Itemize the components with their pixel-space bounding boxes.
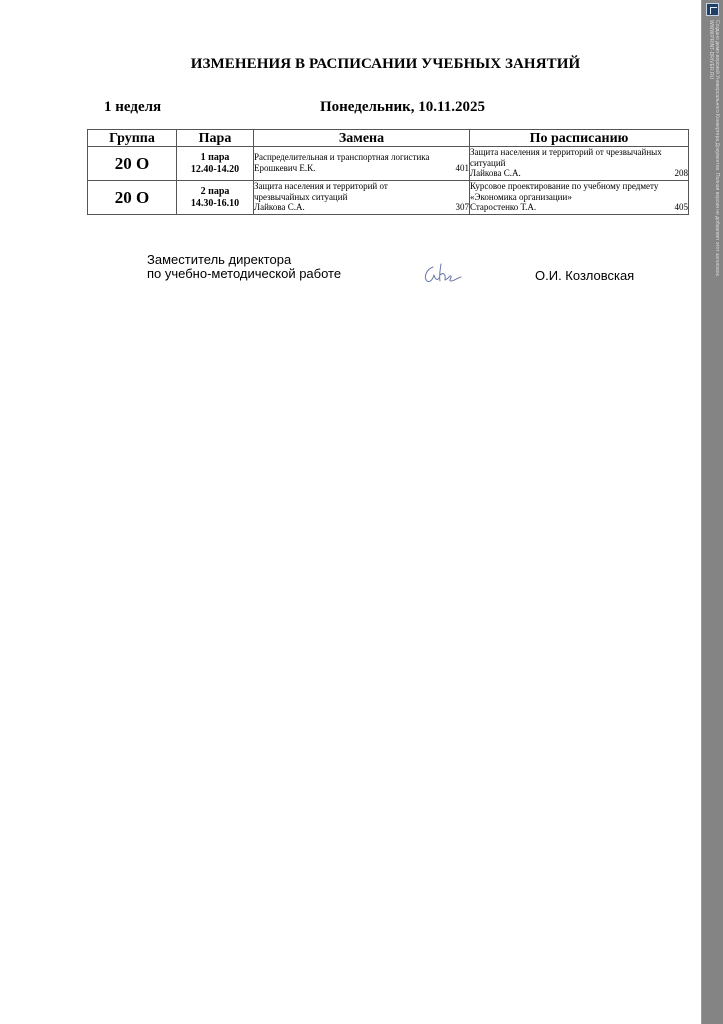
document-page: ИЗМЕНЕНИЯ В РАСПИСАНИИ УЧЕБНЫХ ЗАНЯТИЙ 1…: [0, 0, 701, 1024]
handwritten-signature-icon: [421, 261, 469, 285]
replacement-cell: Распределительная и транспортная логисти…: [254, 147, 470, 181]
teacher: Лайкова С.А.: [470, 168, 521, 179]
group-cell: 20 О: [88, 147, 177, 181]
teacher: Лайкова С.А.: [254, 202, 305, 213]
replacement-cell: Защита населения и территорий от чрезвыч…: [254, 181, 470, 215]
pair-number: 1 пара: [177, 152, 253, 164]
pair-number: 2 пара: [177, 186, 253, 198]
signer-position-line1: Заместитель директора: [147, 253, 341, 267]
scheduled-cell: Защита населения и территорий от чрезвыч…: [470, 147, 689, 181]
room: 401: [456, 163, 470, 174]
header-group: Группа: [88, 130, 177, 147]
signer-position-line2: по учебно-методической работе: [147, 267, 341, 281]
header-pair: Пара: [177, 130, 254, 147]
teacher: Старостенко Т.А.: [470, 202, 536, 213]
signer-position: Заместитель директора по учебно-методиче…: [147, 253, 341, 281]
subject: Распределительная и транспортная логисти…: [254, 152, 469, 163]
table-row: 20 О 1 пара 12.40-14.20 Распределительна…: [88, 147, 689, 181]
table-row: 20 О 2 пара 14.30-16.10 Защита населения…: [88, 181, 689, 215]
date-label: Понедельник, 10.11.2025: [320, 99, 485, 116]
subject: Защита населения и территорий от чрезвыч…: [254, 181, 469, 202]
subject: Курсовое проектирование по учебному пред…: [470, 181, 688, 202]
pair-time: 14.30-16.10: [177, 198, 253, 210]
watermark-text: Создано демо-версией Универсального Конв…: [706, 20, 720, 320]
pair-time: 12.40-14.20: [177, 164, 253, 176]
room: 307: [456, 202, 470, 213]
converter-logo-icon: [706, 3, 719, 16]
header-replacement: Замена: [254, 130, 470, 147]
week-label: 1 неделя: [104, 99, 161, 116]
group-cell: 20 О: [88, 181, 177, 215]
room: 405: [675, 202, 689, 213]
converter-watermark-strip: Создано демо-версией Универсального Конв…: [701, 0, 723, 1024]
document-title: ИЗМЕНЕНИЯ В РАСПИСАНИИ УЧЕБНЫХ ЗАНЯТИЙ: [0, 56, 701, 73]
table-header-row: Группа Пара Замена По расписанию: [88, 130, 689, 147]
header-scheduled: По расписанию: [470, 130, 689, 147]
subject: Защита населения и территорий от чрезвыч…: [470, 147, 688, 168]
pair-cell: 2 пара 14.30-16.10: [177, 181, 254, 215]
signer-name: О.И. Козловская: [535, 268, 634, 283]
room: 208: [675, 168, 689, 179]
scheduled-cell: Курсовое проектирование по учебному пред…: [470, 181, 689, 215]
teacher: Ерошкевич Е.К.: [254, 163, 315, 174]
pair-cell: 1 пара 12.40-14.20: [177, 147, 254, 181]
schedule-changes-table: Группа Пара Замена По расписанию 20 О 1 …: [87, 129, 689, 215]
